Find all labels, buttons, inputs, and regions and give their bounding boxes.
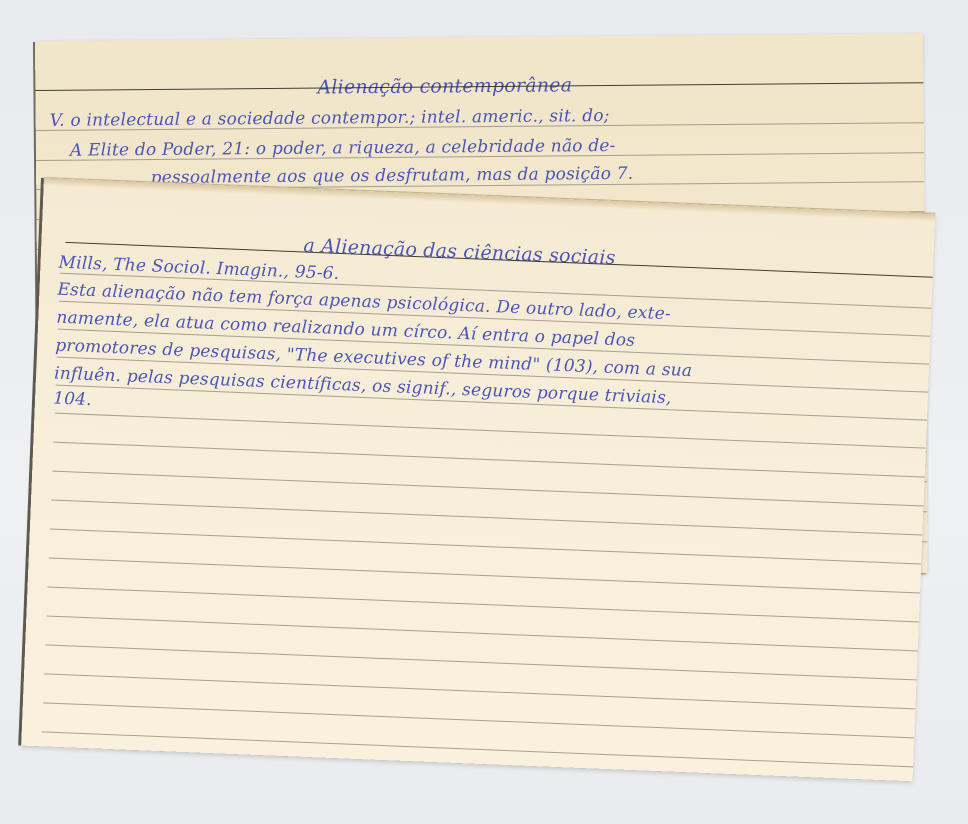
ruled-line xyxy=(43,702,914,738)
ruled-line xyxy=(45,644,916,680)
ruled-line xyxy=(53,442,924,478)
ruled-line xyxy=(42,731,913,767)
index-card-front: a Alienação das ciências sociais Mills, … xyxy=(21,178,935,781)
ruled-line xyxy=(49,557,920,593)
ruled-line xyxy=(50,529,921,565)
ruled-line xyxy=(51,500,922,536)
ruled-line xyxy=(55,413,926,449)
ruled-line xyxy=(44,673,915,709)
front-card-title: a Alienação das ciências sociais xyxy=(303,236,616,268)
ruled-line xyxy=(48,586,919,622)
ruled-line xyxy=(52,471,923,507)
front-card-line-6: 104. xyxy=(53,391,92,410)
photo-scene: Alienação contemporânea V. o intelectual… xyxy=(0,0,968,824)
ruled-line xyxy=(46,615,917,651)
